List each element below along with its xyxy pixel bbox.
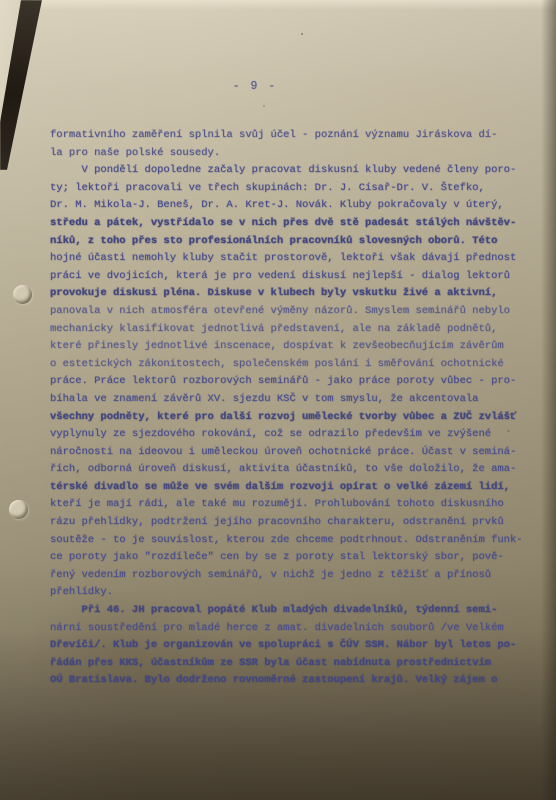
- text-line: ty; lektoři pracovali ve třech skupinách…: [50, 180, 532, 198]
- text-line: které přinesly jednotlivé inscenace, dos…: [50, 338, 532, 356]
- text-line: rázu přehlídky, podtržení jejího pracovn…: [50, 514, 532, 532]
- text-line: la pro naše polské sousedy.: [50, 145, 532, 163]
- text-line: práci ve dvojicích, která je pro vedení …: [50, 268, 532, 286]
- text-line: V pondělí dopoledne začaly pracovat disk…: [50, 162, 532, 180]
- text-line: soutěže - to je souvislost, kterou zde c…: [50, 532, 532, 550]
- page-stack-edge: [0, 0, 556, 10]
- punch-hole-top: [13, 285, 32, 304]
- text-line: nární soustředění pro mladé herce z amat…: [50, 620, 532, 638]
- text-line: přehlídky.: [50, 584, 532, 602]
- text-line: ce poroty jako "rozdíleče" cen by se z p…: [50, 549, 532, 567]
- text-line: Dřevíči/. Klub je organizován ve spolupr…: [50, 637, 532, 655]
- text-line: středu a pátek, vystřídalo se v nich pře…: [50, 215, 532, 233]
- text-line: všechny podněty, které pro další rozvoj …: [50, 409, 532, 427]
- text-line: provokuje diskusi pléna. Diskuse v klube…: [50, 285, 532, 303]
- text-line: kteří je mají rádi, ale také mu rozumějí…: [50, 496, 532, 514]
- text-line: vyplynuly ze sjezdového rokování, což se…: [50, 426, 532, 444]
- text-line: panovala v nich atmosféra otevřené výměn…: [50, 303, 532, 321]
- text-line: hojné účasti nemohly kluby stačit prosto…: [50, 250, 532, 268]
- text-line: OÚ Bratislava. Bylo dodrženo rovnoměrné …: [50, 672, 532, 690]
- scanned-document-page: - 9 - formativního zaměření splnila svůj…: [0, 0, 556, 800]
- text-line: Při 46. JH pracoval popáté Klub mladých …: [50, 602, 532, 620]
- punch-hole-bottom: [9, 500, 28, 519]
- page-number: - 9 -: [0, 80, 510, 93]
- text-line: o estetických zákonitostech, společenské…: [50, 356, 532, 374]
- text-line: térské divadlo se může ve svém dalším ro…: [50, 479, 532, 497]
- paper-speck: [301, 33, 303, 35]
- typewritten-text: formativního zaměření splnila svůj účel …: [50, 127, 532, 690]
- text-line: řích, odborná úroveň diskusí, aktivita ú…: [50, 461, 532, 479]
- paper-speck: [263, 105, 265, 107]
- text-line: formativního zaměření splnila svůj účel …: [50, 127, 532, 145]
- text-line: mechanicky klasifikovat jednotlivá předs…: [50, 321, 532, 339]
- text-line: níků, z toho přes sto profesionálních pr…: [50, 233, 532, 251]
- text-line: řádán přes KKS, účastníkům ze SSR byla ú…: [50, 655, 532, 673]
- text-line: řený vedením rozborových seminářů, v nic…: [50, 567, 532, 585]
- text-line: Dr. M. Mikola-J. Beneš, Dr. A. Kret-J. N…: [50, 197, 532, 215]
- text-line: práce. Práce lektorů rozborových seminář…: [50, 373, 532, 391]
- text-line: náročnosti na ideovou i uměleckou úroveň…: [50, 444, 532, 462]
- text-line: bíhala ve znamení závěrů XV. sjezdu KSČ …: [50, 391, 532, 409]
